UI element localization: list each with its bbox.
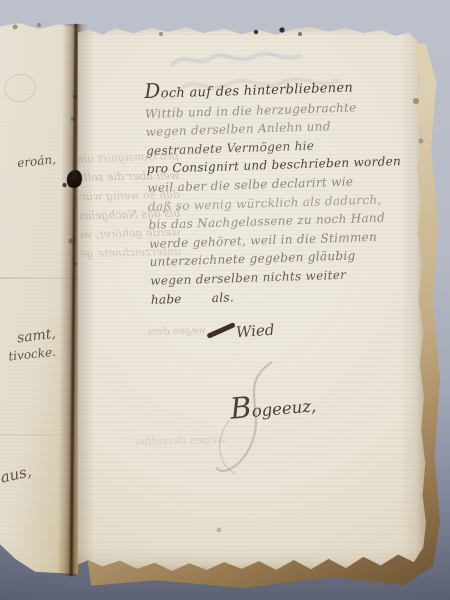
show-through-line: wegen derselben Anlehn und [134,433,226,448]
manuscript-paragraph: Doch auf des hinterbliebenen Wittib und … [144,73,427,309]
faded-circle-mark [2,71,38,104]
manuscript-photo: eroán, samt, tivocke. aus, pro Consignir… [0,0,450,600]
paper-specks [0,0,2,2]
right-page: pro Consignirt und beschrieben worden we… [78,26,426,572]
signature-paraph [206,322,235,338]
handwriting-fragment: eroán, [0,152,57,173]
signature-bogeeuz: Bogeeuz, [229,384,318,425]
show-through-text: wegen derselben Anlehn und [134,433,226,448]
handwriting-fragment: tivocke. [0,345,57,367]
show-through-text: wegen derselben nichts weiter [148,325,206,338]
signature-wied: Wied [235,321,275,342]
handwriting-fragment: aus, [0,462,33,496]
show-through-line: wegen derselben nichts weiter [148,325,206,338]
